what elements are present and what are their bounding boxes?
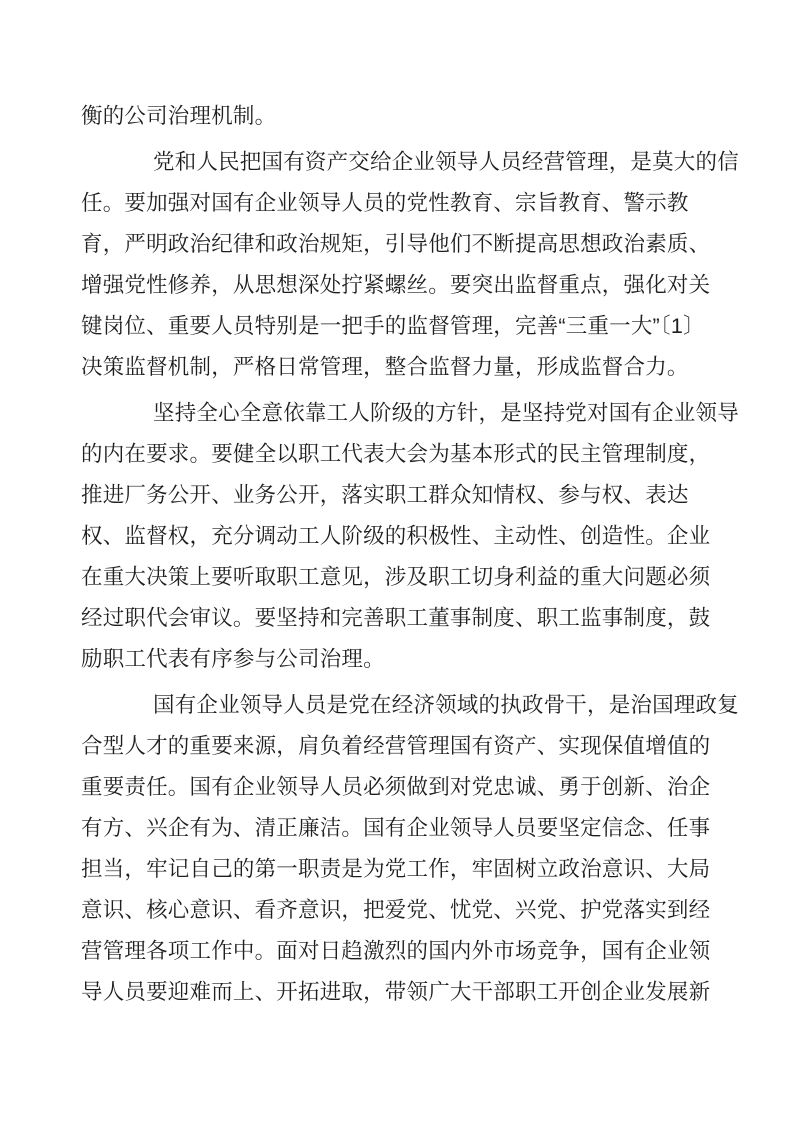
text-line: 重要责任。国有企业领导人员必须做到对党忠诚、勇于创新、治企	[81, 767, 692, 808]
text-line: 增强党性修养，从思想深处拧紧螺丝。要突出监督重点，强化对关	[81, 265, 692, 306]
text-line: 推进厂务公开、业务公开，落实职工群众知情权、参与权、表达	[81, 475, 692, 516]
text-line: 键岗位、重要人员特别是一把手的监督管理，完善“三重一大”〔1〕	[81, 306, 692, 347]
text-line: 决策监督机制，严格日常管理，整合监督力量，形成监督合力。	[81, 347, 692, 388]
text-line: 坚持全心全意依靠工人阶级的方针，是坚持党对国有企业领导	[81, 393, 692, 434]
document-page: 衡的公司治理机制。 党和人民把国有资产交给企业领导人员经营管理，是莫大的信 任。…	[0, 0, 800, 1130]
text-line: 任。要加强对国有企业领导人员的党性教育、宗旨教育、警示教	[81, 183, 692, 224]
text-line: 衡的公司治理机制。	[81, 96, 692, 137]
text-line: 营管理各项工作中。面对日趋激烈的国内外市场竞争，国有企业领	[81, 931, 692, 972]
paragraph: 坚持全心全意依靠工人阶级的方针，是坚持党对国有企业领导 的内在要求。要健全以职工…	[81, 393, 692, 680]
text-line: 党和人民把国有资产交给企业领导人员经营管理，是莫大的信	[81, 142, 692, 183]
text-line: 育，严明政治纪律和政治规矩，引导他们不断提高思想政治素质、	[81, 224, 692, 265]
paragraph: 衡的公司治理机制。	[81, 96, 692, 137]
paragraph: 国有企业领导人员是党在经济领域的执政骨干，是治国理政复 合型人才的重要来源，肩负…	[81, 685, 692, 1013]
text-line: 权、监督权，充分调动工人阶级的积极性、主动性、创造性。企业	[81, 516, 692, 557]
text-line: 国有企业领导人员是党在经济领域的执政骨干，是治国理政复	[81, 685, 692, 726]
paragraph: 党和人民把国有资产交给企业领导人员经营管理，是莫大的信 任。要加强对国有企业领导…	[81, 142, 692, 388]
text-line: 经过职代会审议。要坚持和完善职工董事制度、职工监事制度，鼓	[81, 598, 692, 639]
text-line: 合型人才的重要来源，肩负着经营管理国有资产、实现保值增值的	[81, 726, 692, 767]
text-line: 的内在要求。要健全以职工代表大会为基本形式的民主管理制度，	[81, 434, 692, 475]
text-line: 在重大决策上要听取职工意见，涉及职工切身利益的重大问题必须	[81, 557, 692, 598]
text-line: 担当，牢记自己的第一职责是为党工作，牢固树立政治意识、大局	[81, 849, 692, 890]
text-line: 导人员要迎难而上、开拓进取，带领广大干部职工开创企业发展新	[81, 972, 692, 1013]
text-line: 意识、核心意识、看齐意识，把爱党、忧党、兴党、护党落实到经	[81, 890, 692, 931]
text-line: 有方、兴企有为、清正廉洁。国有企业领导人员要坚定信念、任事	[81, 808, 692, 849]
text-line: 励职工代表有序参与公司治理。	[81, 639, 692, 680]
